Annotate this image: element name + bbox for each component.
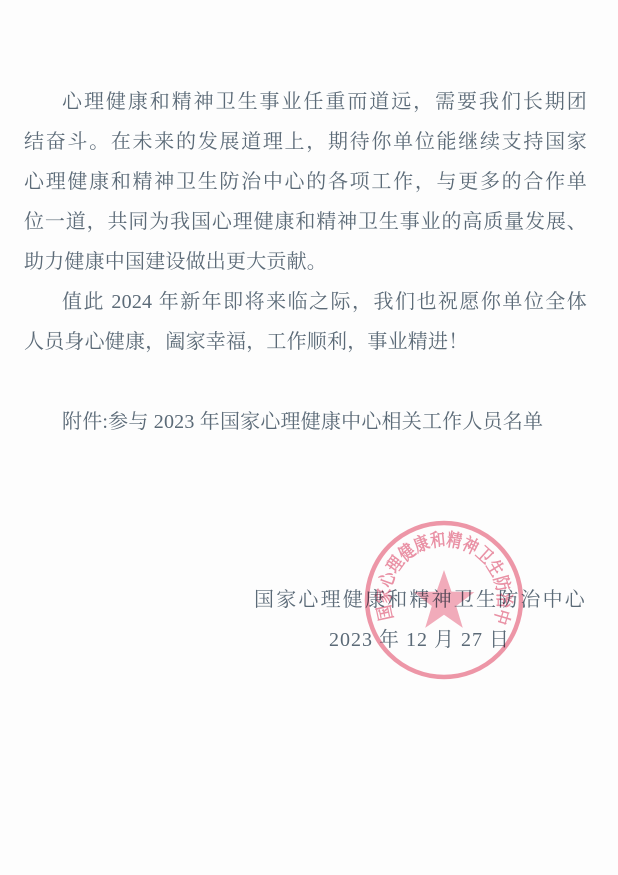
- paragraph-line: 心理健康和精神卫生事业任重而道远，需要我们长期团: [24, 82, 587, 122]
- paragraph-line: 助力健康中国建设做出更大贡献。: [24, 242, 587, 282]
- signature-gap: [24, 442, 587, 580]
- paragraph-line: 位一道，共同为我国心理健康和精神卫生事业的高质量发展、: [24, 202, 587, 242]
- attachment-line: 附件:参与 2023 年国家心理健康中心相关工作人员名单: [24, 402, 587, 442]
- paragraph-line: 值此 2024 年新年即将来临之际，我们也祝愿你单位全体: [24, 282, 587, 322]
- paragraph-line: 心理健康和精神卫生防治中心的各项工作，与更多的合作单: [24, 162, 587, 202]
- letter-page: 心理健康和精神卫生事业任重而道远，需要我们长期团 结奋斗。在未来的发展道理上，期…: [0, 0, 618, 875]
- paragraph-line: 人员身心健康，阖家幸福，工作顺利，事业精进！: [24, 322, 587, 362]
- paragraph-line: 结奋斗。在未来的发展道理上，期待你单位能继续支持国家: [24, 122, 587, 162]
- letter-body: 心理健康和精神卫生事业任重而道远，需要我们长期团 结奋斗。在未来的发展道理上，期…: [24, 82, 587, 660]
- signature-date: 2023 年 12 月 27 日: [24, 620, 587, 660]
- signature-org: 国家心理健康和精神卫生防治中心: [24, 580, 587, 620]
- blank-line: [24, 362, 587, 402]
